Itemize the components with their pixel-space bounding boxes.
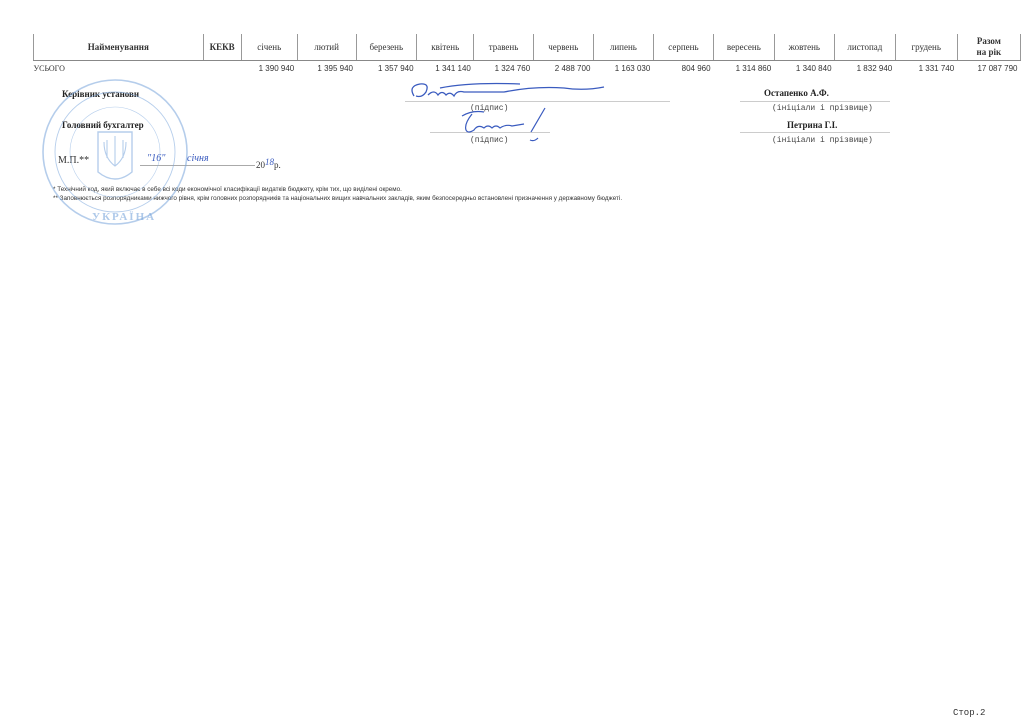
accountant-name-line xyxy=(740,132,890,133)
header-month: березень xyxy=(356,34,417,61)
header-month: січень xyxy=(241,34,297,61)
header-total-line1: Разом xyxy=(977,36,1001,46)
stamp-place-label: М.П.** xyxy=(58,155,89,166)
row-value: 1 331 740 xyxy=(895,61,957,76)
footnote-1: * Технічний код, який включає в себе всі… xyxy=(53,186,402,193)
official-seal-icon xyxy=(43,80,187,224)
header-month: грудень xyxy=(895,34,957,61)
header-month: вересень xyxy=(714,34,775,61)
header-month: листопад xyxy=(835,34,896,61)
date-year: 2018р. xyxy=(256,157,281,170)
head-name-line xyxy=(740,101,890,102)
header-kekv: КЕКВ xyxy=(203,34,241,61)
expense-plan-table: Найменування КЕКВ січень лютий березень … xyxy=(33,34,1021,75)
header-name: Найменування xyxy=(34,34,204,61)
header-total: Разом на рік xyxy=(957,34,1020,61)
year-suffix: 18 xyxy=(265,157,274,167)
date-line xyxy=(140,165,255,166)
row-value: 1 390 940 xyxy=(241,61,297,76)
header-month: жовтень xyxy=(774,34,834,61)
header-month: квітень xyxy=(417,34,474,61)
row-total: 17 087 790 xyxy=(957,61,1020,76)
header-month: липень xyxy=(593,34,653,61)
row-value: 1 314 860 xyxy=(714,61,775,76)
accountant-name-caption: (ініціали і прізвище) xyxy=(772,136,873,145)
footnote-2: ** Заповнюється розпорядниками нижчого р… xyxy=(53,195,622,202)
seal-text: УКРАЇНА xyxy=(92,210,156,223)
accountant-name: Петрина Г.І. xyxy=(787,120,837,130)
year-end: р. xyxy=(274,160,281,170)
row-value: 1 832 940 xyxy=(835,61,896,76)
header-month: лютий xyxy=(297,34,356,61)
row-value: 1 357 940 xyxy=(356,61,417,76)
accountant-signature-caption: (підпис) xyxy=(470,136,508,145)
row-value: 1 340 840 xyxy=(774,61,834,76)
table-header-row: Найменування КЕКВ січень лютий березень … xyxy=(34,34,1021,61)
page-number: Стор.2 xyxy=(953,708,985,718)
head-name-caption: (ініціали і прізвище) xyxy=(772,104,873,113)
row-value: 1 395 940 xyxy=(297,61,356,76)
document-page: Найменування КЕКВ січень лютий березень … xyxy=(0,0,1024,727)
head-role-label: Керівник установи xyxy=(62,89,139,99)
year-prefix: 20 xyxy=(256,160,265,170)
head-name: Остапенко А.Ф. xyxy=(764,88,829,98)
row-value: 1 324 760 xyxy=(474,61,533,76)
header-total-line2: на рік xyxy=(977,47,1002,57)
header-month: травень xyxy=(474,34,533,61)
row-value: 1 163 030 xyxy=(593,61,653,76)
accountant-signature-line xyxy=(430,132,550,133)
row-value: 1 341 140 xyxy=(417,61,474,76)
table-row: УСЬОГО 1 390 940 1 395 940 1 357 940 1 3… xyxy=(34,61,1021,76)
row-value: 804 960 xyxy=(653,61,713,76)
row-kekv xyxy=(203,61,241,76)
head-signature-icon xyxy=(412,84,604,97)
date-month: січня xyxy=(187,153,209,164)
head-signature-line xyxy=(405,101,670,102)
header-month: червень xyxy=(533,34,593,61)
head-signature-caption: (підпис) xyxy=(470,104,508,113)
accountant-role-label: Головний бухгалтер xyxy=(62,120,144,130)
date-day: "16" xyxy=(147,153,165,164)
header-month: серпень xyxy=(653,34,713,61)
row-value: 2 488 700 xyxy=(533,61,593,76)
row-label: УСЬОГО xyxy=(34,61,204,76)
